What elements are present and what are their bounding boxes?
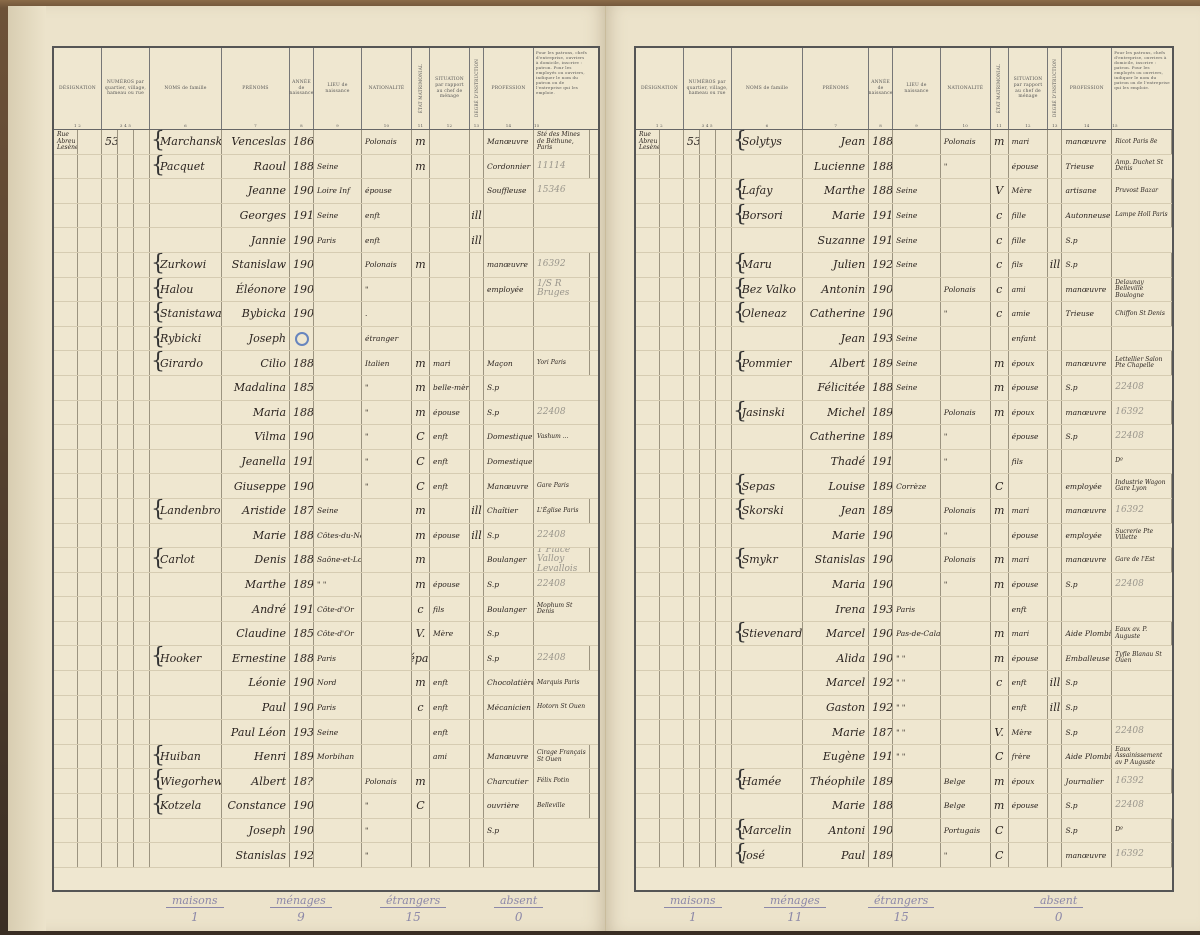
nationality-text: épouse [365,186,392,195]
birth-year-cell: 1901 [869,524,893,548]
education-cell [470,130,484,154]
profession-text: manœuvre [1065,285,1106,294]
given-name-cell: Joseph [222,819,290,843]
birthplace-cell [893,302,941,326]
education-cell [1048,204,1062,228]
header-label: Pour les patrons, chefs d'entreprise, ou… [536,50,588,95]
profession-text: S.p [487,408,499,417]
surname-cell [150,401,222,425]
house-number-cell [684,597,700,621]
profession-cell [1062,597,1112,621]
household-brace-icon: { [151,499,165,521]
education-cell: ill [1048,253,1062,277]
table-row: Marcel1923" "cenftillS.p [636,671,1172,696]
household-number-cell [700,130,716,154]
given-name-cell: Stanislas [222,843,290,867]
table-row: SmykrStanislas1901PolonaismmarimanœuvreG… [636,548,1172,573]
household-relation-cell: enft [1009,597,1049,621]
given-name-text: Marie [832,726,865,739]
birthplace-cell [893,450,941,474]
header-col-number: 14 [484,123,533,128]
birthplace-cell: Seine [314,204,362,228]
street-cell [660,474,684,498]
education-cell [1048,819,1062,843]
birth-year-text: 188? [293,357,314,370]
household-number-cell [118,401,134,425]
household-number-cell [118,204,134,228]
quarter-cell [636,499,660,523]
birthplace-text: " " [896,654,905,663]
surname-text: Hamée [742,775,782,788]
birth-year-text: 1900 [293,799,314,812]
quarter-cell [636,204,660,228]
employer-text: 16392 [1115,777,1144,786]
education-text: ill [471,234,482,247]
birth-year-text: 1888 [293,529,314,542]
given-name-cell: Marie [803,524,869,548]
birth-year-cell: 1911 [290,450,314,474]
surname-text: Skorski [742,504,784,517]
birth-year-cell: 1876 [290,499,314,523]
household-number-cell [700,524,716,548]
given-name-cell: Antonin [803,278,869,302]
profession-cell: Journalier [1062,769,1112,793]
birthplace-text: Corrèze [896,482,926,491]
street-cell [78,769,102,793]
employer-text: Sté des Mines de Béthune, Paris [537,132,586,151]
header-col-number: 9 [314,123,361,128]
household-relation-cell: ami [430,745,470,769]
profession-cell [484,843,534,867]
profession-text: S.p [1065,580,1077,589]
household-relation-cell: enft [1009,696,1049,720]
employer-text: 22408 [537,408,566,417]
given-name-cell: Antoni [803,819,869,843]
given-name-cell: Madalina [222,376,290,400]
nationality-text: " [365,482,368,491]
household-brace-icon: { [733,499,747,521]
table-row: Rue Abreu Lesène53MarchanskiVenceslas186… [54,130,598,155]
given-name-text: Irena [835,603,865,616]
individual-number-cell [134,253,150,277]
nationality-cell [941,745,991,769]
birthplace-text: Paris [317,654,336,663]
employer-text: Lampe Holl Paris [1115,212,1167,218]
household-brace-icon: { [151,278,165,300]
birth-year-cell: 1904 [290,474,314,498]
header-col-number: 8 [869,123,892,128]
surname-cell [732,155,804,179]
street-cell [660,819,684,843]
marital-status-cell: V. [412,622,430,646]
verification-stamp-icon [295,332,309,346]
total-label: absent [494,894,543,908]
marital-status-cell [991,696,1009,720]
profession-cell: S.p [484,646,534,670]
household-number-cell [118,155,134,179]
quarter-cell [54,450,78,474]
table-row: ZurkowiStanislaw1900Polonaismmanœuvre163… [54,253,598,278]
given-name-text: Théophile [810,775,865,788]
house-number-cell [684,253,700,277]
employer-cell: Sté des Mines de Béthune, Paris [534,130,590,154]
given-name-cell: Vilma [222,425,290,449]
birthplace-cell: Loire Inf [314,179,362,203]
nationality-cell: épouse [362,179,412,203]
household-number-cell [700,401,716,425]
street-cell [660,450,684,474]
birth-year-text: 1895 [872,406,893,419]
household-brace-icon: { [151,302,165,324]
street-cell [660,696,684,720]
employer-cell: Gare de l'Est [1112,548,1172,572]
profession-cell: S.p [1062,671,1112,695]
household-brace-icon: { [151,130,165,152]
individual-number-cell [716,769,732,793]
house-number-cell [684,696,700,720]
employer-cell [1112,228,1172,252]
employer-text: Dº [1115,458,1123,464]
given-name-text: Suzanne [817,234,865,247]
table-row: Marie1878" "V.MèreS.p22408 [636,720,1172,745]
table-row: LafayMarthe1885SeineVMèreartisanePruvost… [636,179,1172,204]
birth-year-cell: 1900 [869,819,893,843]
header-col-number: 11 [991,123,1008,128]
given-name-text: Marie [832,799,865,812]
individual-number-cell [716,179,732,203]
quarter-cell [636,376,660,400]
quarter-cell [54,597,78,621]
nationality-text: " [944,457,947,466]
birthplace-text: Côte-d'Or [317,605,354,614]
nationality-text: Belge [944,801,966,810]
employer-cell [534,327,590,351]
given-name-cell: Julien [803,253,869,277]
nationality-cell: Polonais [362,130,412,154]
given-name-cell: Aristide [222,499,290,523]
marital-status-cell: C [991,745,1009,769]
individual-number-cell [134,278,150,302]
employer-text: 1 Place Valloy Levallois [537,548,586,572]
birth-year-text: 1904 [872,307,893,320]
education-cell [1048,425,1062,449]
birthplace-cell [314,450,362,474]
employer-cell: Belleville [534,794,590,818]
marital-status-text: m [994,578,1004,591]
employer-text: Marquis Paris [537,680,579,686]
education-cell [1048,548,1062,572]
education-text: ill [1050,676,1061,689]
birthplace-cell: " " [314,573,362,597]
total-label: maisons [166,894,224,908]
header-col-11: PROFESSION14 [1062,48,1112,129]
marital-status-cell: m [991,622,1009,646]
surname-cell [150,696,222,720]
table-row: CarlotDenis1884Saône-et-LoiremBoulanger1… [54,548,598,573]
header-label: ÉTAT MATRIMONIAL [996,64,1001,113]
given-name-cell: Joseph [222,327,290,351]
employer-cell: Industrie Wagon Gare Lyon [1112,474,1172,498]
profession-text: S.p [1065,432,1077,441]
education-cell [470,278,484,302]
given-name-cell: Irena [803,597,869,621]
employer-cell: 22408 [1112,573,1172,597]
nationality-text: " [944,162,947,171]
nationality-cell: . [362,302,412,326]
house-number-cell [684,843,700,867]
surname-cell [732,524,804,548]
given-name-text: Paul [841,849,865,862]
birthplace-text: Paris [317,236,336,245]
quarter-cell [54,155,78,179]
household-number-cell [118,179,134,203]
profession-text: S.p [487,531,499,540]
employer-text: Sucrerie Pte Villette [1115,529,1169,542]
nationality-cell [362,524,412,548]
street-cell [660,843,684,867]
table-row: KotzelaConstance1900"CouvrièreBelleville… [54,794,598,819]
household-relation-text: enft [1012,678,1027,687]
household-relation-text: fils [1012,260,1023,269]
marital-status-cell: m [991,646,1009,670]
quarter-cell [636,573,660,597]
birthplace-cell [893,573,941,597]
household-brace-icon: { [733,474,747,496]
house-number-cell [102,696,118,720]
street-cell [660,278,684,302]
education-cell [470,179,484,203]
marital-status-cell: m [991,794,1009,818]
employer-text: Cirage Français St Ouen [537,750,586,763]
profession-cell: manœuvre [1062,499,1112,523]
house-number-cell [102,745,118,769]
individual-number-cell [716,597,732,621]
household-number-cell [118,499,134,523]
household-number-cell [700,819,716,843]
profession-text: Journalier [1065,777,1103,786]
nationality-cell: étranger [362,327,412,351]
individual-number-cell [716,573,732,597]
street-cell [78,745,102,769]
census-table-right: DÉSIGNATION1 2NUMÉROS par quartier, vill… [634,46,1174,892]
household-relation-text: fille [1012,236,1026,245]
house-number-cell [684,646,700,670]
header-col-3: NOMS de famille6 [150,48,222,129]
household-number-cell [700,597,716,621]
household-relation-cell: fils [430,597,470,621]
profession-cell: Emballeuse [1062,646,1112,670]
household-relation-text: Mère [1012,186,1032,195]
house-number-cell [102,155,118,179]
header-col-6: LIEU de naissance9 [893,48,941,129]
household-brace-icon: { [733,622,747,644]
profession-text: Boulanger [487,605,526,614]
quarter-cell [636,646,660,670]
nationality-cell [941,474,991,498]
profession-cell: S.p [1062,720,1112,744]
household-relation-text: mari [1012,137,1030,146]
nationality-cell: " [941,302,991,326]
birth-year-cell: 1853 [290,376,314,400]
marital-status-text: m [415,676,425,689]
birth-year-text: 1915 [872,209,893,222]
profession-text: Manœuvre [487,482,529,491]
street-cell [660,745,684,769]
birth-year-text: 1897 [872,430,893,443]
given-name-cell: Marie [803,794,869,818]
marital-status-text: c [996,283,1002,296]
household-relation-cell: épouse [430,524,470,548]
surname-text: Stanistawa [160,307,222,320]
street-cell [78,130,102,154]
marital-status-text: m [415,553,425,566]
header-label: DÉSIGNATION [59,86,96,92]
individual-number-cell [134,155,150,179]
employer-cell: 22408 [1112,720,1172,744]
street-cell [660,646,684,670]
birthplace-cell: Pas-de-Calais [893,622,941,646]
employer-text: 22408 [1115,801,1144,810]
profession-cell: employée [1062,474,1112,498]
profession-text: S.p [1065,801,1077,810]
employer-cell: Hotorn St Ouen [534,696,590,720]
birth-year-text: 1904 [293,480,314,493]
employer-cell [1112,696,1172,720]
education-cell [470,401,484,425]
household-brace-icon: { [151,327,165,349]
education-cell [470,425,484,449]
birth-year-cell: 1881 [869,794,893,818]
household-relation-cell: épouse [430,573,470,597]
marital-status-cell: m [991,376,1009,400]
nationality-text: " [944,531,947,540]
education-cell [1048,228,1062,252]
birthplace-cell: Seine [893,351,941,375]
household-number-cell [700,425,716,449]
individual-number-cell [716,278,732,302]
birth-year-text: 1893 [872,480,893,493]
marital-status-cell: m [412,671,430,695]
nationality-cell: enft [362,228,412,252]
table-row: Marie1888Côtes-du-NordmépouseillS.p22408 [54,524,598,549]
street-cell [78,843,102,867]
education-cell [1048,179,1062,203]
employer-cell: L'Église Paris [534,499,590,523]
table-row: Eugène1910" "CfrèreAide PlombierEaux Ass… [636,745,1172,770]
birth-year-text: 1923 [872,676,893,689]
birth-year-cell: 1878 [869,720,893,744]
household-relation-cell: épouse [1009,524,1049,548]
marital-status-cell: C [412,474,430,498]
profession-text: manœuvre [487,260,528,269]
quarter-cell [636,474,660,498]
total-value: 15 [380,910,446,924]
quarter-cell [54,769,78,793]
street-cell [78,155,102,179]
profession-text: S.p [1065,260,1077,269]
house-number-cell [684,745,700,769]
household-number-cell [118,720,134,744]
education-cell [470,474,484,498]
household-number-cell [118,376,134,400]
nationality-text: Polonais [365,137,397,146]
birth-year-cell: 1930 [869,327,893,351]
household-brace-icon: { [151,155,165,177]
employer-cell [1112,327,1172,351]
marital-status-cell [991,327,1009,351]
birth-year-text: 1908 [293,430,314,443]
quarter-cell [54,327,78,351]
birth-year-text: 1885 [293,406,314,419]
birthplace-cell [893,155,941,179]
birth-year-text: 1890 [293,578,314,591]
nationality-text: Italien [365,359,390,368]
quarter-cell [636,253,660,277]
household-relation-text: épouse [1012,801,1039,810]
household-brace-icon: { [733,819,747,841]
household-number-cell [118,622,134,646]
house-number-cell [102,573,118,597]
given-name-text: Stanislas [815,553,865,566]
census-table-left: DÉSIGNATION1 2NUMÉROS par quartier, vill… [52,46,600,892]
household-relation-text: époux [1012,359,1035,368]
employer-text: Gare de l'Est [1115,557,1154,563]
given-name-text: Ernestine [232,652,286,665]
profession-text: employée [1065,531,1101,540]
street-cell [660,573,684,597]
profession-text: Mécanicien [487,703,531,712]
table-row: Stanislas1928" [54,843,598,868]
profession-cell: manœuvre [1062,351,1112,375]
birth-year-cell: 1905 [290,671,314,695]
individual-number-cell [716,228,732,252]
birth-year-text: 1910 [872,750,893,763]
birth-year-text: 1898 [293,750,314,763]
education-cell [1048,573,1062,597]
education-text: ill [471,504,482,517]
nationality-text: " [365,457,368,466]
individual-number-cell [716,548,732,572]
street-cell [660,179,684,203]
given-name-text: Félicitée [817,381,865,394]
table-row: Suzanne1919SeinecfilleS.p [636,228,1172,253]
birthplace-text: " " [896,703,905,712]
marital-status-text: V [995,184,1003,197]
birth-year-cell: 1907 [290,696,314,720]
household-number-cell [700,278,716,302]
nationality-cell [941,646,991,670]
marital-status-cell [991,597,1009,621]
table-row: Léonie1905NordmenftChocolatièreMarquis P… [54,671,598,696]
street-cell [78,278,102,302]
birthplace-text: Morbihan [317,752,354,761]
employer-cell: Delaunay Belleville Boulogne [1112,278,1172,302]
nationality-cell: " [941,425,991,449]
nationality-cell: " [941,524,991,548]
surname-cell [150,204,222,228]
house-number-cell [102,179,118,203]
birth-year-text: 1910 [293,603,314,616]
profession-cell: Mécanicien [484,696,534,720]
table-row: BorsoriMarie1915SeinecfilleAutonneuseLam… [636,204,1172,229]
birth-year-text: 1885 [872,184,893,197]
nationality-cell [941,351,991,375]
marital-status-text: m [415,504,425,517]
house-number-cell [102,425,118,449]
birth-year-text: 1921 [872,258,893,271]
household-relation-cell [430,499,470,523]
birth-year-cell: 1910 [290,597,314,621]
